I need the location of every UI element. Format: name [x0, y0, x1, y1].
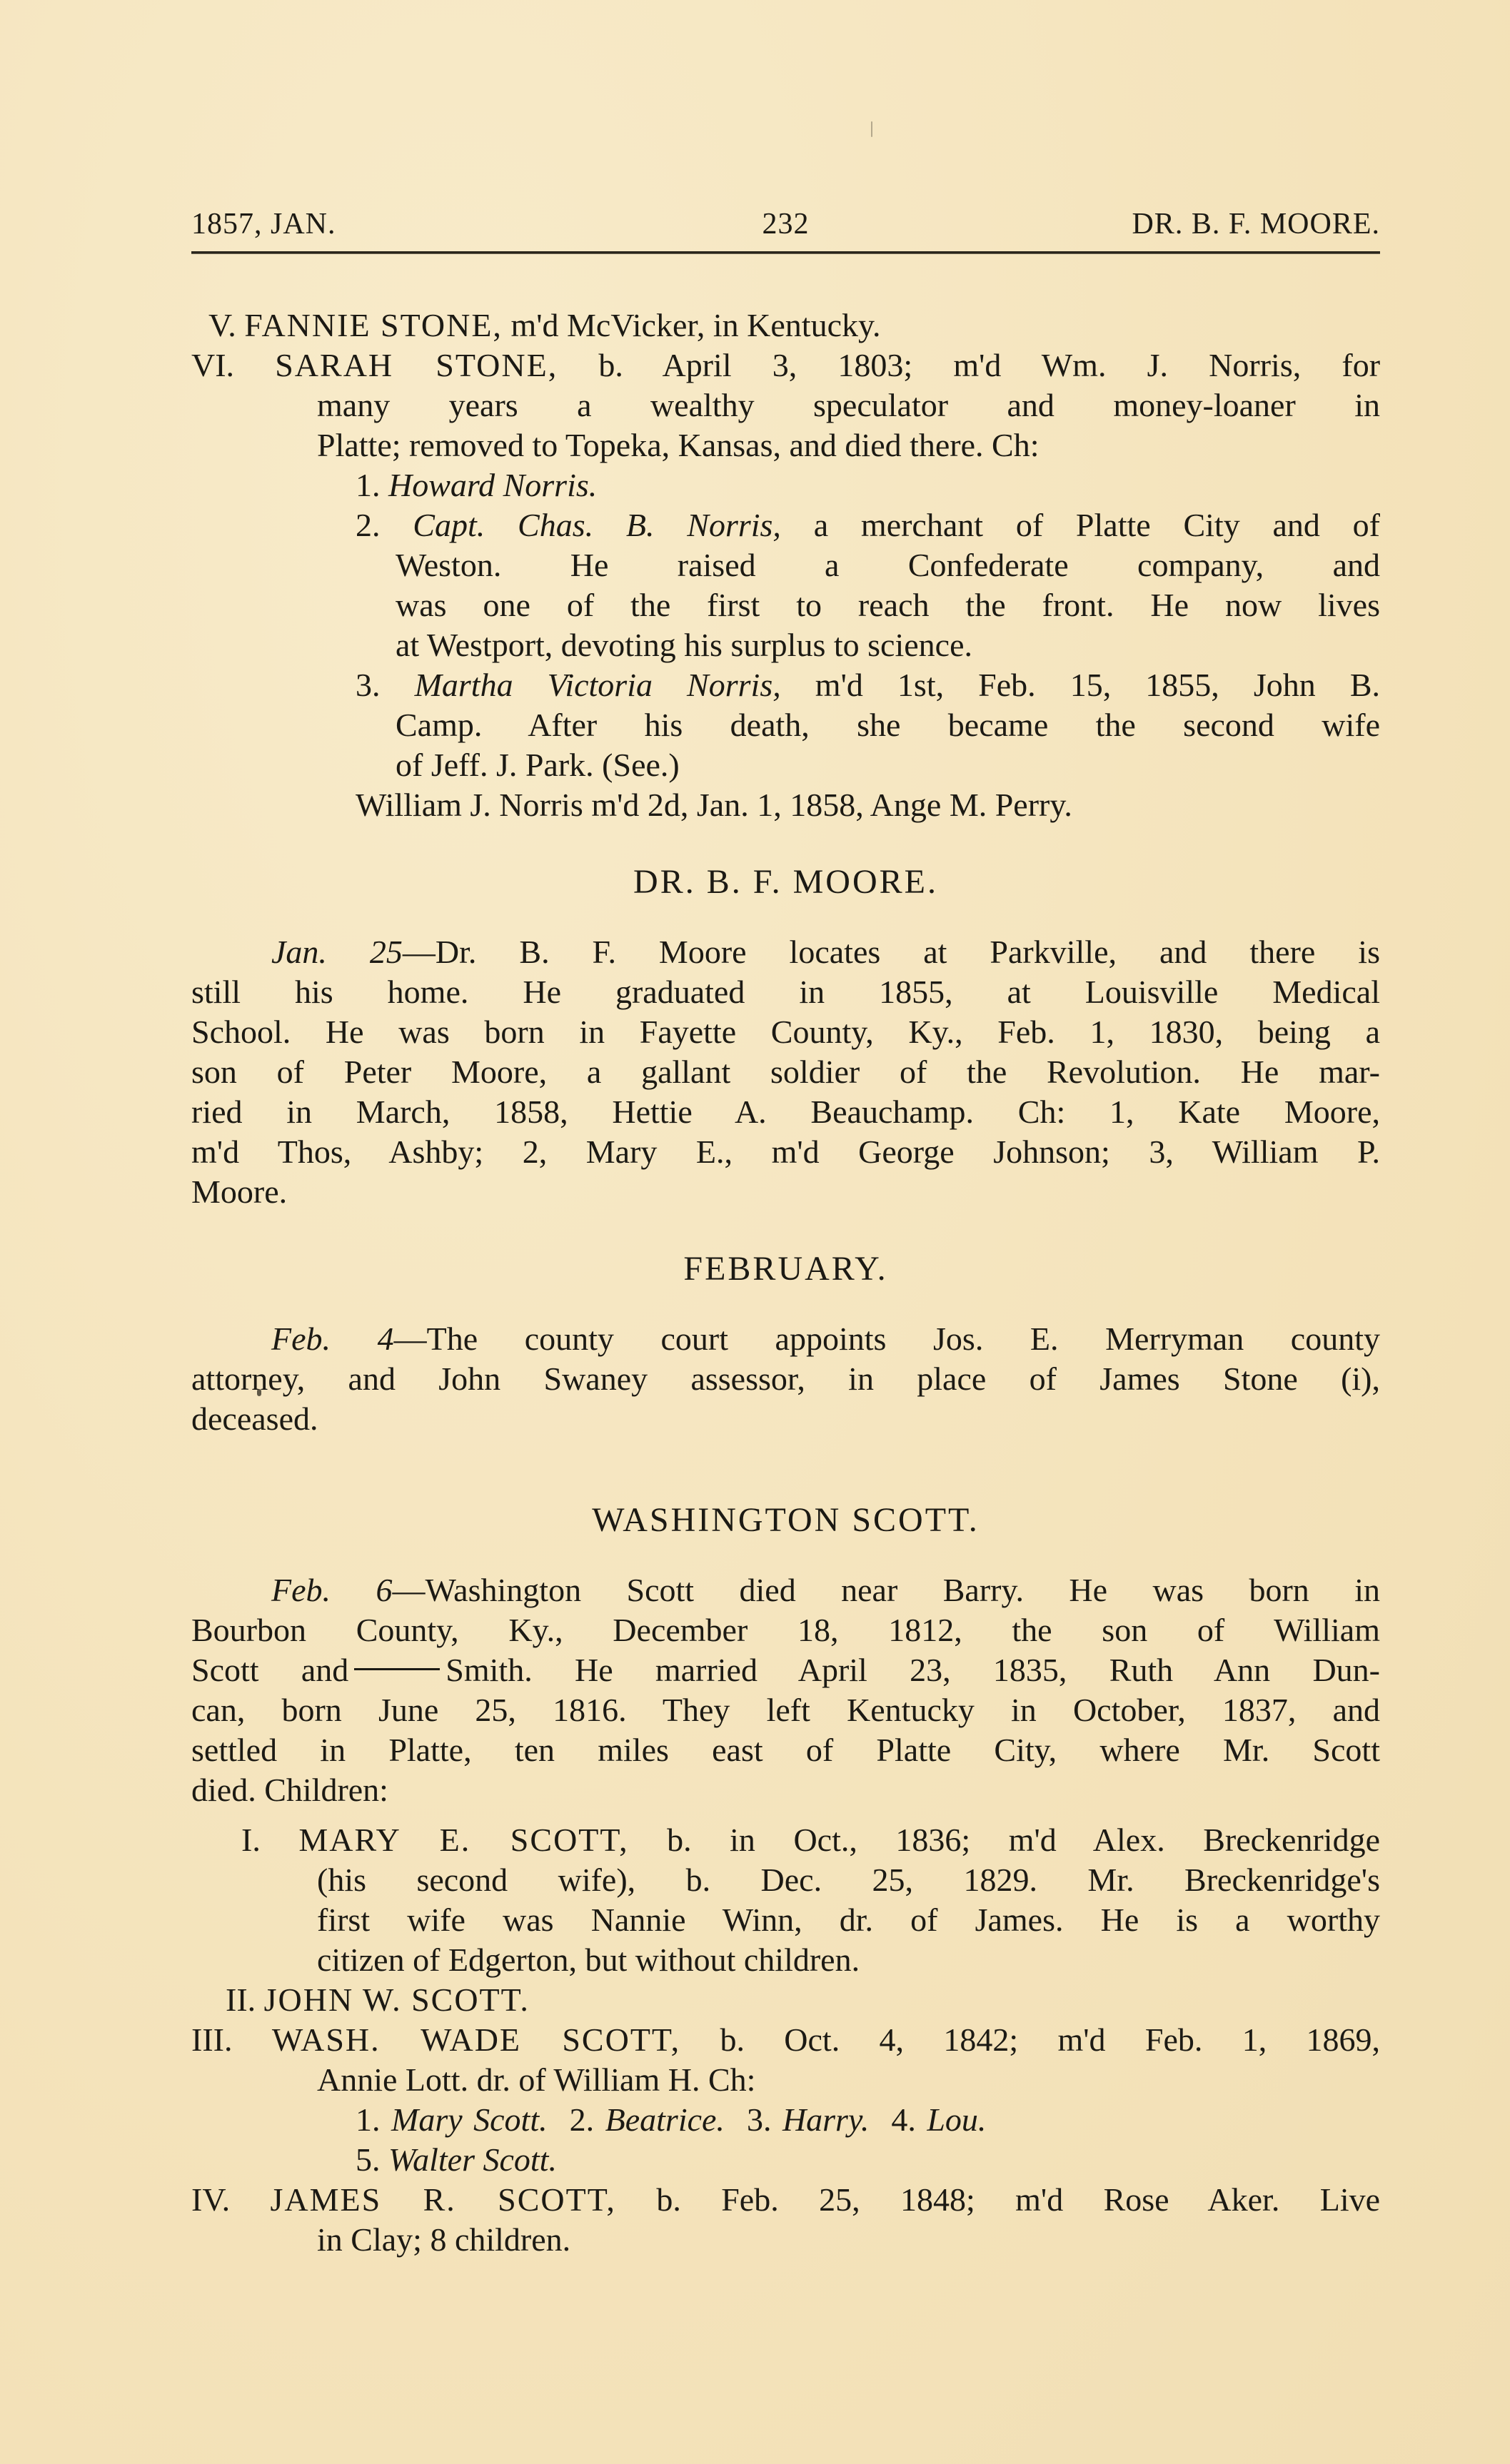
entry-line: Camp. After his death, she became the se… — [191, 705, 1380, 745]
entry-text: —The county court appoints Jos. E. Merry… — [394, 1321, 1380, 1357]
page-number: 232 — [762, 207, 810, 241]
entry-text: b. Feb. 25, 1848; m'd Rose Aker. Live — [656, 2181, 1380, 2218]
child-name: Lou. — [927, 2101, 986, 2138]
roman-numeral: IV. — [191, 2181, 230, 2218]
entry-text: Smith. He married April 23, 1835, Ruth A… — [446, 1652, 1380, 1688]
child-number: 4. — [891, 2101, 916, 2138]
entry-line: of Jeff. J. Park. (See.) — [191, 745, 1380, 785]
entry-date: Jan. 25 — [271, 934, 403, 970]
entry-line: (his second wife), b. Dec. 25, 1829. Mr.… — [191, 1860, 1380, 1900]
entry-text: Scott and — [191, 1652, 348, 1688]
child-howard-norris: 1. Howard Norris. — [191, 465, 1380, 505]
section-heading-february: FEBRUARY. — [191, 1249, 1380, 1289]
person-name: WASH. WADE SCOTT, — [272, 2021, 680, 2058]
roman-numeral: VI. — [191, 347, 234, 383]
child-martha-norris: 3. Martha Victoria Norris, m'd 1st, Feb.… — [191, 665, 1380, 705]
closing-line: William J. Norris m'd 2d, Jan. 1, 1858, … — [191, 785, 1380, 825]
section-washington-scott-paragraph: Feb. 6—Washington Scott died near Barry.… — [191, 1570, 1380, 1810]
entry-mary-e-scott: I. MARY E. SCOTT, b. in Oct., 1836; m'd … — [191, 1820, 1380, 1860]
entry-text: b. Oct. 4, 1842; m'd Feb. 1, 1869, — [720, 2021, 1380, 2058]
child-name: Harry. — [782, 2101, 869, 2138]
entry-line: was one of the first to reach the front.… — [191, 585, 1380, 625]
entry-line: Feb. 4—The county court appoints Jos. E.… — [191, 1319, 1380, 1359]
entry-date: Feb. 4 — [271, 1321, 394, 1357]
grandchildren-line-2: 5. Walter Scott. — [191, 2140, 1380, 2180]
entry-line: m'd Thos, Ashby; 2, Mary E., m'd George … — [191, 1132, 1380, 1172]
entry-line: many years a wealthy speculator and mone… — [191, 385, 1380, 425]
entry-line: Feb. 6—Washington Scott died near Barry.… — [191, 1570, 1380, 1610]
entry-john-w-scott: II. JOHN W. SCOTT. — [191, 1980, 1380, 2020]
entry-line: VI. SARAH STONE, b. April 3, 1803; m'd W… — [191, 345, 1380, 385]
entry-line: in Clay; 8 children. — [191, 2220, 1380, 2260]
blank-dash — [354, 1668, 440, 1670]
entry-line: can, born June 25, 1816. They left Kentu… — [191, 1690, 1380, 1730]
entry-wash-wade-scott: III. WASH. WADE SCOTT, b. Oct. 4, 1842; … — [191, 2020, 1380, 2060]
scott-children-list: I. MARY E. SCOTT, b. in Oct., 1836; m'd … — [191, 1820, 1380, 2260]
section-heading-washington-scott: WASHINGTON SCOTT. — [191, 1500, 1380, 1540]
entry-line: Weston. He raised a Confederate company,… — [191, 545, 1380, 585]
roman-numeral: V. — [208, 307, 236, 343]
child-number: 1. — [356, 2101, 381, 2138]
entry-line: School. He was born in Fayette County, K… — [191, 1012, 1380, 1052]
entry-text: a merchant of Platte City and of — [814, 507, 1380, 543]
running-head-right: DR. B. F. MOORE. — [1132, 207, 1380, 241]
child-name: Martha Victoria Norris, — [415, 667, 781, 703]
grandchildren-line-1: 1. Mary Scott. 2. Beatrice. 3. Harry. 4.… — [191, 2100, 1380, 2140]
entry-line: Bourbon County, Ky., December 18, 1812, … — [191, 1610, 1380, 1650]
entry-line: first wife was Nannie Winn, dr. of James… — [191, 1900, 1380, 1940]
child-number: 3. — [747, 2101, 772, 2138]
person-name: FANNIE STONE, — [244, 307, 503, 343]
child-number: 3. — [356, 667, 381, 703]
body-text: V. FANNIE STONE, m'd McVicker, in Kentuc… — [191, 306, 1380, 2260]
entry-line: settled in Platte, ten miles east of Pla… — [191, 1730, 1380, 1770]
entry-text: —Washington Scott died near Barry. He wa… — [392, 1572, 1380, 1608]
section-heading-moore: DR. B. F. MOORE. — [191, 862, 1380, 902]
child-chas-norris: 2. Capt. Chas. B. Norris, a merchant of … — [191, 505, 1380, 545]
child-number: 5. — [356, 2141, 381, 2178]
child-name: Beatrice. — [605, 2101, 725, 2138]
entry-line: Scott andSmith. He married April 23, 183… — [191, 1650, 1380, 1690]
entry-text: m'd 1st, Feb. 15, 1855, John B. — [815, 667, 1380, 703]
roman-numeral: I. — [241, 1822, 261, 1858]
entry-line: at Westport, devoting his surplus to sci… — [191, 625, 1380, 665]
entry-james-r-scott: IV. JAMES R. SCOTT, b. Feb. 25, 1848; m'… — [191, 2180, 1380, 2220]
entry-sarah-stone: VI. SARAH STONE, b. April 3, 1803; m'd W… — [191, 345, 1380, 825]
person-name: SARAH STONE, — [275, 347, 558, 383]
section-february-paragraph: Feb. 4—The county court appoints Jos. E.… — [191, 1319, 1380, 1439]
ink-speck — [257, 1389, 261, 1396]
roman-numeral: III. — [191, 2021, 232, 2058]
running-head: 1857, JAN. 232 DR. B. F. MOORE. — [191, 207, 1380, 241]
entry-line: Jan. 25—Dr. B. F. Moore locates at Parkv… — [191, 932, 1380, 972]
child-number: 2. — [570, 2101, 595, 2138]
entry-line: son of Peter Moore, a gallant soldier of… — [191, 1052, 1380, 1092]
child-name: Mary Scott. — [391, 2101, 548, 2138]
entry-date: Feb. 6 — [271, 1572, 392, 1608]
child-number: 1. — [356, 467, 381, 503]
entry-line: Moore. — [191, 1172, 1380, 1212]
roman-numeral: II. — [226, 1981, 256, 2018]
entry-text: m'd McVicker, in Kentucky. — [510, 307, 880, 343]
entry-line: died. Children: — [191, 1770, 1380, 1810]
entry-text: b. in Oct., 1836; m'd Alex. Breckenridge — [667, 1822, 1380, 1858]
entry-line: attorney, and John Swaney assessor, in p… — [191, 1359, 1380, 1399]
ink-speck — [871, 121, 872, 137]
running-head-left: 1857, JAN. — [191, 207, 336, 241]
entry-line: deceased. — [191, 1399, 1380, 1439]
header-rule — [191, 251, 1380, 254]
child-name: Capt. Chas. B. Norris, — [413, 507, 781, 543]
entry-text: b. April 3, 1803; m'd Wm. J. Norris, for — [598, 347, 1380, 383]
person-name: JOHN W. SCOTT. — [264, 1981, 530, 2018]
section-moore-paragraph: Jan. 25—Dr. B. F. Moore locates at Parkv… — [191, 932, 1380, 1212]
entry-text: —Dr. B. F. Moore locates at Parkville, a… — [403, 934, 1380, 970]
child-name: Howard Norris. — [388, 467, 597, 503]
entry-line: still his home. He graduated in 1855, at… — [191, 972, 1380, 1012]
entry-line: Platte; removed to Topeka, Kansas, and d… — [191, 425, 1380, 465]
entry-line: citizen of Edgerton, but without childre… — [191, 1940, 1380, 1980]
entry-fannie-stone: V. FANNIE STONE, m'd McVicker, in Kentuc… — [191, 306, 1380, 345]
person-name: JAMES R. SCOTT, — [271, 2181, 616, 2218]
child-number: 2. — [356, 507, 381, 543]
child-name: Walter Scott. — [388, 2141, 557, 2178]
entry-line: ried in March, 1858, Hettie A. Beauchamp… — [191, 1092, 1380, 1132]
entry-line: Annie Lott. dr. of William H. Ch: — [191, 2060, 1380, 2100]
person-name: MARY E. SCOTT, — [298, 1822, 628, 1858]
